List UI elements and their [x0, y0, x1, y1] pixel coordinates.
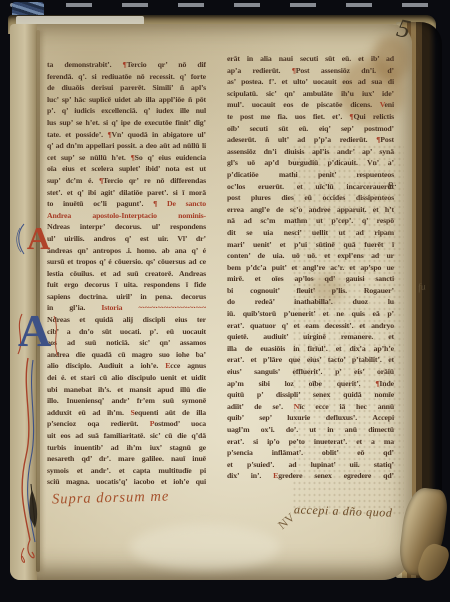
- text-line: uit eos ad suā familiaritatē. sic’ cū di…: [47, 430, 206, 442]
- text-line: cet sup’ se nūllū h’et. ¶So q’ eius euid…: [47, 152, 206, 164]
- text-line: lus sup’ se h’et. si q’ ipe de executōe …: [47, 117, 206, 129]
- text-line: Ndreas et quidā alij discipli eius ter: [47, 314, 206, 326]
- text-line: oīa eius et scelera suplet’ ibid’ nota e…: [47, 163, 206, 175]
- text-line: as’ postea. f’. et ulto’ uocauit eos ad …: [227, 76, 394, 88]
- text-line: Andrea apostolo-Interptacio nominis-: [47, 210, 206, 222]
- text-line: dix’ in’. Egredere senex egredere qd’: [227, 470, 394, 482]
- text-line: mul’. uocauit eos de piscatōe dicens. Ve…: [227, 99, 394, 111]
- text-line: te post me fia. uos fiet. et’. ¶Qui reli…: [227, 111, 394, 123]
- manuscript-photo: ta demonstrabit’. ¶Tercio qr’ nō differe…: [0, 0, 450, 602]
- text-line: ta demonstrabit’. ¶Tercio qr’ nō dif: [47, 59, 206, 71]
- text-line: alio disciplo. Audiuit a ioh’e. Ecce agn…: [47, 360, 206, 372]
- text-line: Ndreas interpr’ decorus. ul’ respondens: [47, 221, 206, 233]
- text-line: de diuaōis derisui parerēt. Simili’ ñ ap…: [47, 82, 206, 94]
- text-line: eos ad suū noticiā. sic’ qn’ assamos: [47, 337, 206, 349]
- text-line: erat’. quatuor q’ et eam decessit’. et a…: [227, 320, 394, 332]
- text-line: adduxit eū ad ih’m. Sequenti aūt de illa: [47, 407, 206, 419]
- text-line: dei é. et stari cū alio discipulo uenit …: [47, 372, 206, 384]
- illuminated-initial-blue-A: A: [18, 308, 51, 354]
- text-line: dit se uia nesci’ uellit ut ad ripam: [227, 227, 394, 239]
- text-line: sursū et tropos q’ é cōuersio. qs’ cōuer…: [47, 256, 206, 268]
- text-line: illa de euasiōis in firīul’. et dix’a ap…: [227, 343, 394, 355]
- text-line: andreas qn’ antropos .i. homo. ab ana q’…: [47, 245, 206, 257]
- text-line: gl’s uō ap’d burgudiū p’dicauit. Vn’ a’: [227, 157, 394, 169]
- text-line: nesareth qd’ dr’. mare galilee. nauī inu…: [47, 453, 206, 465]
- text-line: oc’los eruerūt. et uīc’lū incarcerauerūt: [227, 181, 394, 193]
- margin-faint-note: fu: [417, 282, 426, 294]
- text-line: eius’ sanguīs’ effluerit’. p’ eis’ orāiū: [227, 366, 394, 378]
- text-line: quietē. audiuit’ uirginē remanere. et: [227, 331, 394, 343]
- text-line: erat’. si ip’o pe’to inueterat’. et a ma: [227, 436, 394, 448]
- text-line: p’. q’ iudicis excellenciā. q’ iudex ill…: [47, 105, 206, 117]
- text-line: p’sencioz oqa redierūt. Postmod’ uoca: [47, 418, 206, 430]
- pen-flourish-ornament: [14, 218, 62, 578]
- text-line: luc’ sp’ hāc suplicē uidet ab illa appl’…: [47, 94, 206, 106]
- text-line: andrea die quadā cū magro suo iohe ba’: [47, 349, 206, 361]
- text-line: illo. Inueniensq’ andr’ fr’em suū symonē: [47, 395, 206, 407]
- text-line: assensiōz dn’i diuisis apl’is andr’ ap’ …: [227, 146, 394, 158]
- text-line: adeserūt. ñ ult’ ad p’p’a redierūt. ¶Pos…: [227, 134, 394, 146]
- text-line: q’ ad dn’m appellari possit. a deo aūt a…: [47, 140, 206, 152]
- margin-ink-mark: 8·: [388, 180, 397, 192]
- text-line: iū. quib’storū p’uenerit’ et ne quis eā …: [227, 308, 394, 320]
- text-line: quib’ sep’ luxurie defluxus’. Accepi: [227, 412, 394, 424]
- text-line: lestia cōuilus. et ad suū creatorē. Andr…: [47, 268, 206, 280]
- text-line: post plures dies eū occides dissipenteos: [227, 192, 394, 204]
- text-line: adiīt’ de se’. Nīc ecce iā hec annū: [227, 401, 394, 413]
- text-line: p’sencia inflāmat’. oblit’ eō qd’: [227, 447, 394, 459]
- text-line: sapiens doctrina. uiril’ in pena. decoru…: [47, 291, 206, 303]
- text-line: sup’ dc’m é. ¶Tercio qr’ re nō differend…: [47, 175, 206, 187]
- text-line: symois et andr’. et capta multitudīe pi: [47, 465, 206, 477]
- filmstrip-dashes: [10, 3, 444, 7]
- text-line: ferendā. q’. si rediuatōe nō recessit. q…: [47, 71, 206, 83]
- text-line: in gl’ia. Istoria ~·~·~·~·~·~·~·~·~·~·~: [47, 302, 206, 314]
- text-line: tate. et posside’. ¶Vn’ quodā in abigato…: [47, 129, 206, 141]
- text-line: et p’suied’. ad lupinat’ uii. statiq’: [227, 459, 394, 471]
- text-line: stet’. et q’ ibi agit’ dilatiōe paret’. …: [47, 187, 206, 199]
- text-line: ubi manebat ih’s. et mansit apud illū di…: [47, 384, 206, 396]
- text-line: mirē. et oīes ap’los qd’ gauisi sancti: [227, 273, 394, 285]
- text-line: ap’m sibi loz oībe querit’. ¶Inde: [227, 378, 394, 390]
- text-line: fuit ergo decorus ī uita. respondens ī f…: [47, 279, 206, 291]
- text-line: ap’a redierūt. ¶Post assensiōz dn’i. d’: [227, 65, 394, 77]
- text-line: sciū magna. uocatis’q’ iacobo et ioh’e q…: [47, 476, 206, 488]
- text-line: do redeā’ inathabilla’. duoz lu: [227, 296, 394, 308]
- text-line: erat’. et p’lāre que eius’ tacto’ p’tabi…: [227, 354, 394, 366]
- text-line: bem p’dc’a puit’ et angl’re ac’r. et ap’…: [227, 262, 394, 274]
- text-line: ul’ uirilis. andros q’ est uir. Vl’ dr’: [47, 233, 206, 245]
- text-line: uagl’m ox’i. do’. ut in anū dimectū: [227, 424, 394, 436]
- text-line: scipulatū. sic’ qn’ ambulāte ih’u iux’ i…: [227, 88, 394, 100]
- illuminated-initial-red-A: A: [27, 222, 50, 254]
- text-line: quitū p’ dissipli’ senex quidā nomīe: [227, 389, 394, 401]
- right-text-column: erāt in alia naui secuti sūt eū. et ib’ …: [227, 53, 394, 482]
- text-line: p’dicatiōe mathi penit’ respuenteos: [227, 169, 394, 181]
- text-line: errea angl’e de sc’o andree apparuit. et…: [227, 204, 394, 216]
- parchment-stain: [130, 524, 280, 570]
- text-line: cib’ a dn’o sūt uocati. p’. eū uocauit: [47, 326, 206, 338]
- text-line: conten’ de uia. uō uō. et expl’ens ad ur: [227, 250, 394, 262]
- left-text-column: ta demonstrabit’. ¶Tercio qr’ nō differe…: [47, 59, 206, 488]
- text-line: mari’ uenit’ et p’ui sūtinē quā fuerēt ī: [227, 239, 394, 251]
- text-line: oīb’ secuti sūt eū. eiq’ sep’ postmod’: [227, 123, 394, 135]
- text-line: to inuētū oc’li pagunt’. ¶ De sancto: [47, 198, 206, 210]
- text-line: turbis inuentib’ ad ih’m iux’ stagnū ge: [47, 442, 206, 454]
- bottom-annotation-red: Supra dorsum me: [52, 488, 170, 508]
- text-line: bi cognouit’ fleuit’ p’lis. Rogauer’: [227, 285, 394, 297]
- text-line: erāt in alia naui secuti sūt eū. et ib’ …: [227, 53, 394, 65]
- text-line: nā ad sc’m mathm ut p’cep’. q’ respō: [227, 215, 394, 227]
